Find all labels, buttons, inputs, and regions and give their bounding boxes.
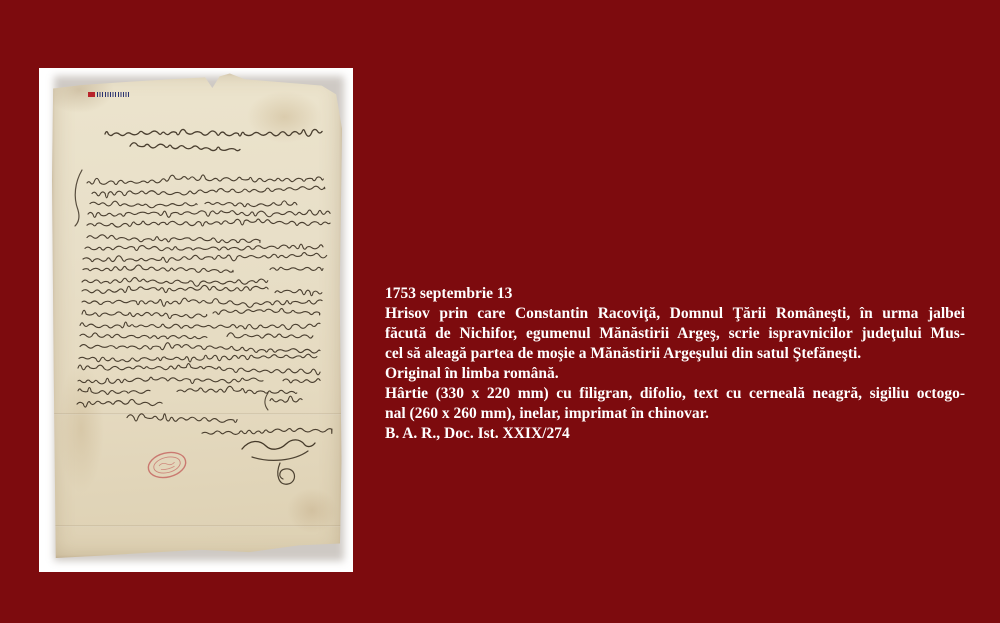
library-stamp xyxy=(146,449,189,481)
caption-line-cota: B. A. R., Doc. Ist. XXIX/274 xyxy=(385,424,965,444)
page-background: 1753 septembrie 13 Hrisov prin care Cons… xyxy=(0,0,1000,623)
caption-line: Hârtie (330 x 220 mm) cu filigran, difol… xyxy=(385,384,965,404)
manuscript-paper xyxy=(52,73,342,558)
manuscript-photo xyxy=(39,68,353,572)
handwriting xyxy=(52,73,342,558)
caption-line: nal (260 x 260 mm), inelar, imprimat în … xyxy=(385,404,965,424)
caption: 1753 septembrie 13 Hrisov prin care Cons… xyxy=(385,284,965,444)
caption-line: Hrisov prin care Constantin Racoviţă, Do… xyxy=(385,304,965,324)
caption-line: făcută de Nichifor, egumenul Mănăstirii … xyxy=(385,324,965,344)
caption-line: cel să aleagă partea de moşie a Mănăstir… xyxy=(385,344,965,364)
caption-line-date: 1753 septembrie 13 xyxy=(385,284,965,304)
caption-line: Original în limba română. xyxy=(385,364,965,384)
